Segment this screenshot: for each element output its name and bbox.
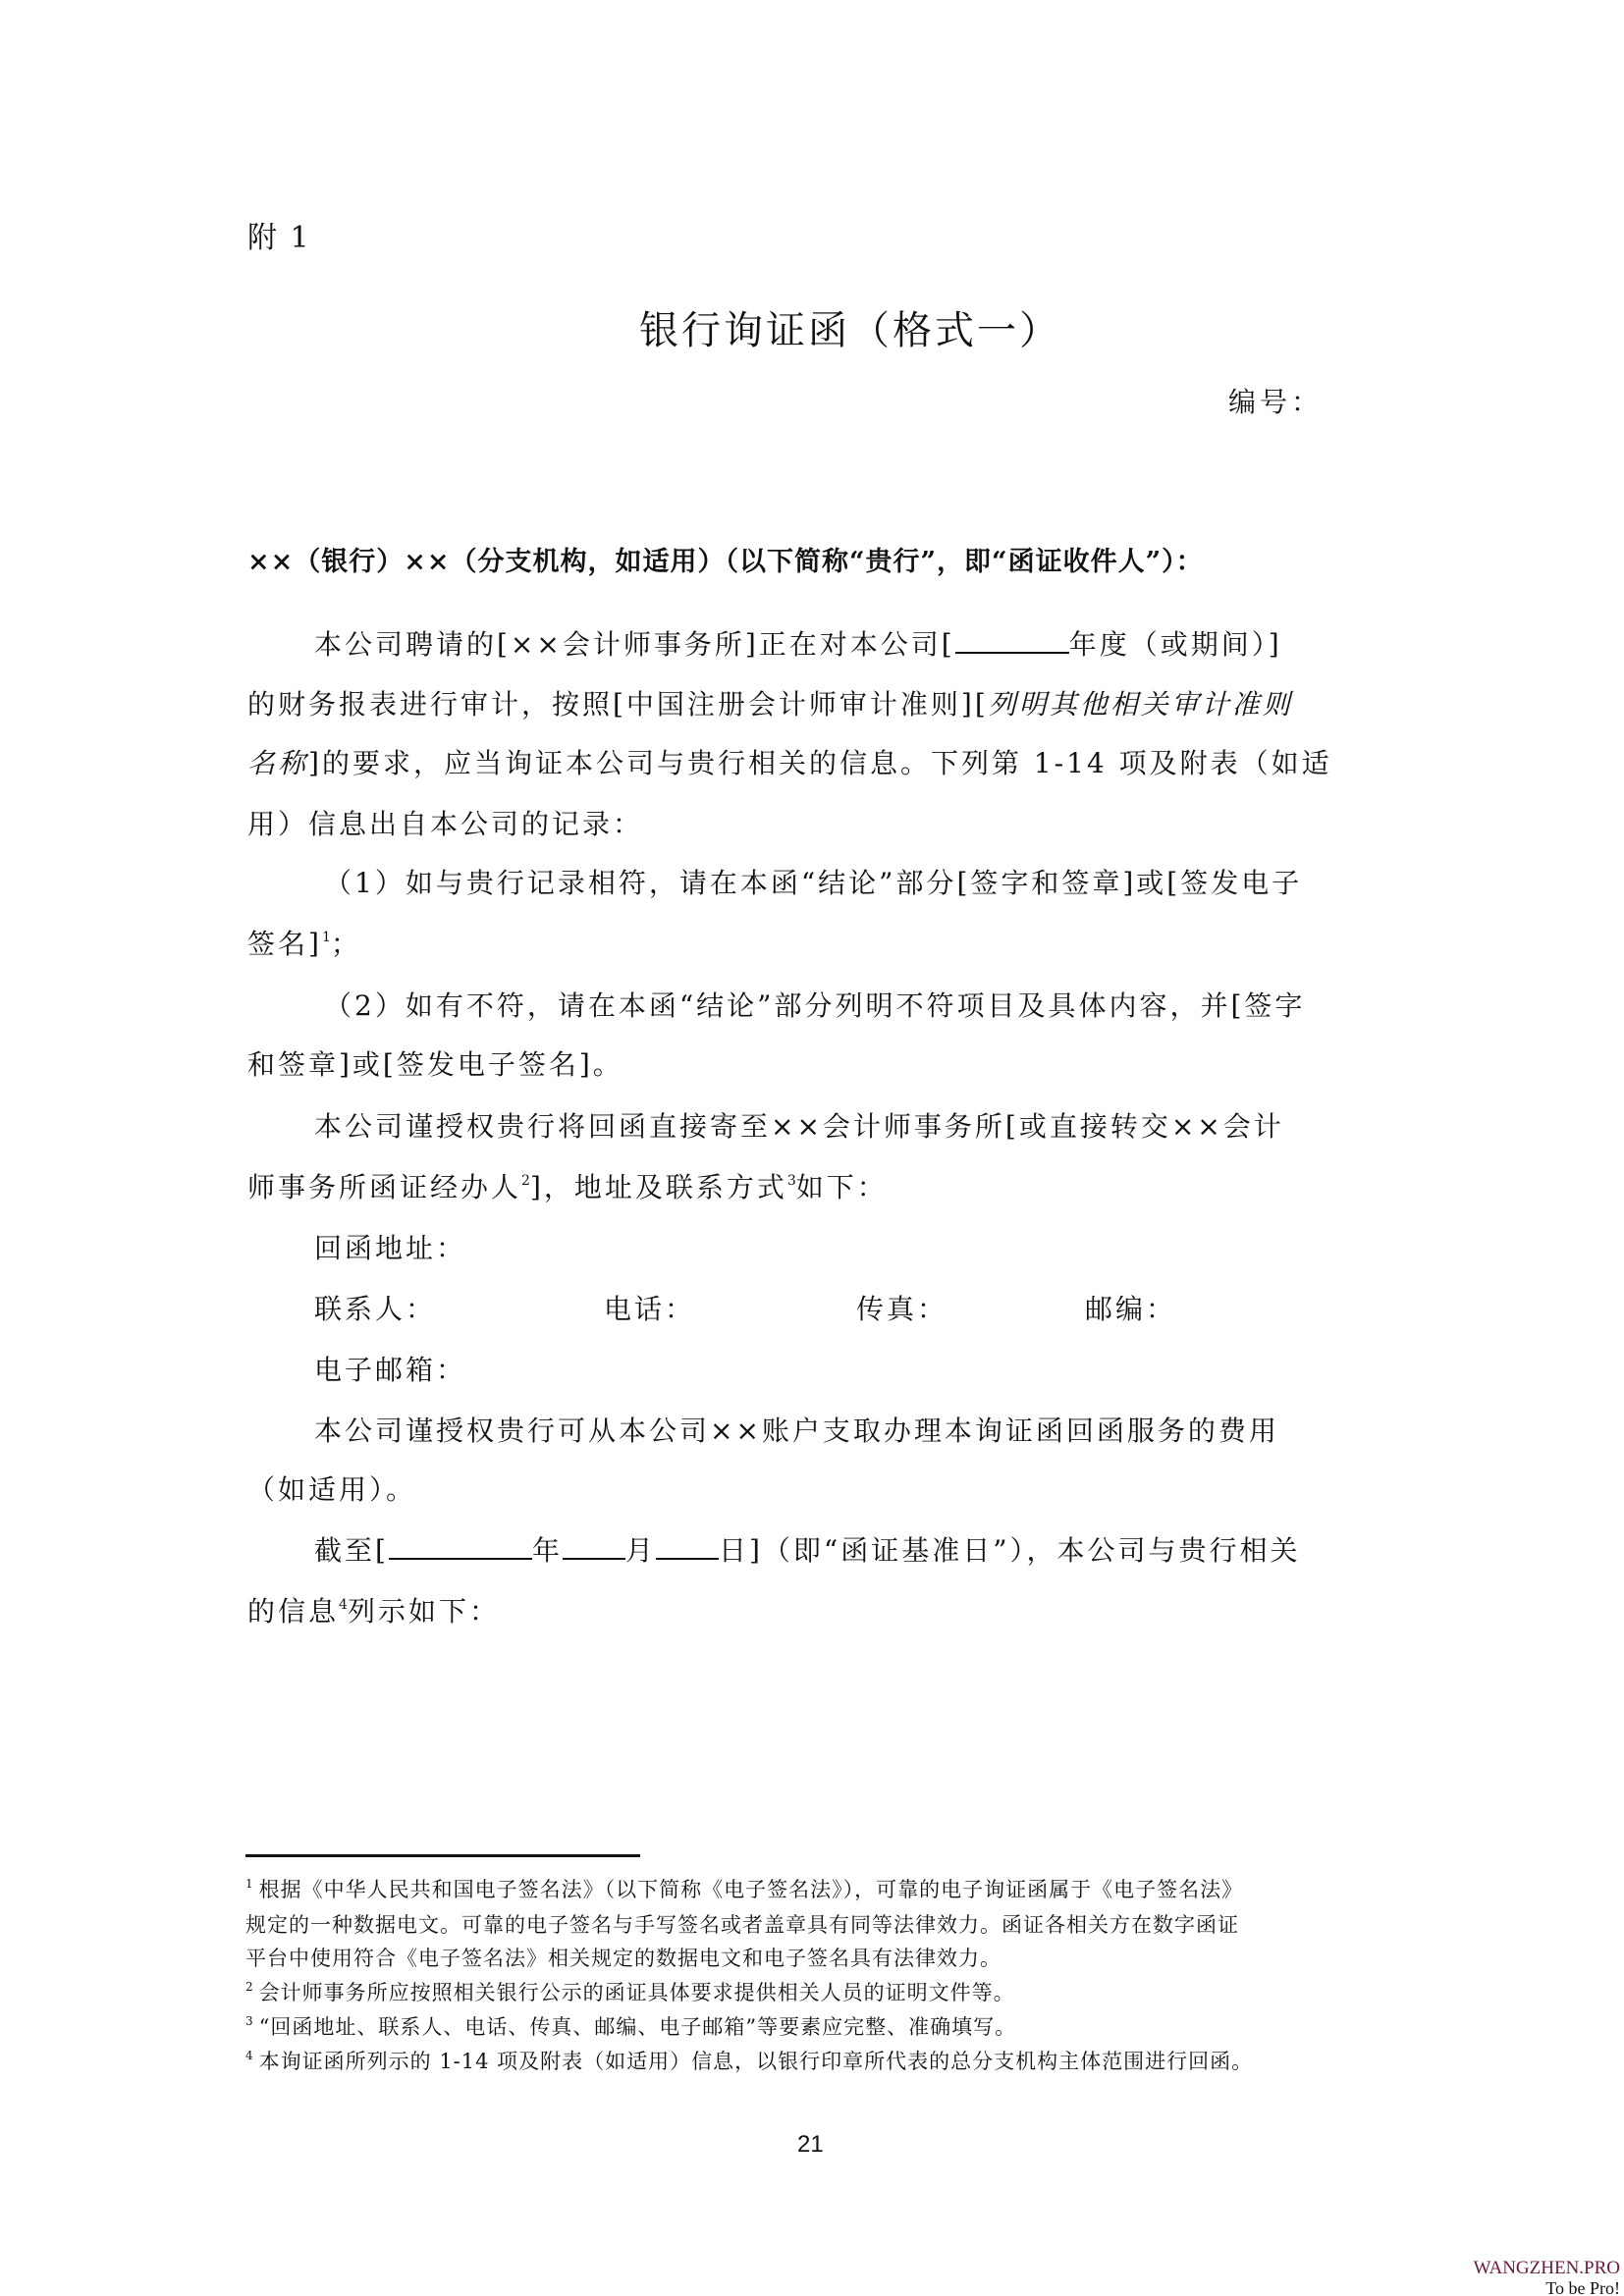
body-line: （如适用）。 [247, 1470, 416, 1510]
body-text: 如下： [796, 1171, 888, 1203]
body-line: 本公司聘请的[××会计师事务所]正在对本公司[年度（或期间）] [314, 625, 1282, 665]
document-number-label: 编号： [1228, 383, 1323, 422]
footnote-1-line-3: 平台中使用符合《电子签名法》相关规定的数据电文和电子签名具有法律效力。 [245, 1942, 1001, 1975]
footnote-2: 2会计师事务所应按照相关银行公示的函证具体要求提供相关人员的证明文件等。 [245, 1976, 1015, 2009]
body-text: 月 [625, 1534, 656, 1567]
body-text: ； [331, 928, 361, 960]
contact-person-field: 联系人： [314, 1290, 436, 1329]
body-line: 的信息4列示如下： [247, 1592, 500, 1631]
email-field: 电子邮箱： [314, 1351, 466, 1390]
body-line: 本公司谨授权贵行可从本公司××账户支取办理本询证函回函服务的费用 [314, 1412, 1279, 1451]
phone-field: 电话： [604, 1290, 695, 1329]
footnote-text: 会计师事务所应按照相关银行公示的函证具体要求提供相关人员的证明文件等。 [259, 1981, 1015, 2004]
body-text: ]，地址及联系方式 [530, 1171, 787, 1203]
footnote-separator [245, 1854, 640, 1857]
month-blank [563, 1532, 625, 1560]
body-text: 签名] [247, 928, 322, 960]
addressee-line: ××（银行）××（分支机构，如适用）（以下简称“贵行”，即“函证收件人”）： [247, 543, 1204, 582]
body-text-italic: 列明其他相关审计准则 [989, 688, 1293, 721]
page-number: 21 [797, 2125, 824, 2164]
body-text: 列示如下： [348, 1595, 500, 1628]
body-text-italic: 名称 [247, 747, 308, 779]
footnote-text: “回函地址、联系人、电话、传真、邮编、电子邮箱”等要素应完整、准确填写。 [259, 2015, 1016, 2039]
body-line: 用）信息出自本公司的记录： [247, 805, 643, 844]
body-text: 的信息 [247, 1595, 339, 1628]
footnote-4: 4本询证函所列示的 1-14 项及附表（如适用）信息，以银行印章所代表的总分支机… [245, 2045, 1253, 2078]
body-line: 的财务报表进行审计，按照[中国注册会计师审计准则][列明其他相关审计准则 [247, 685, 1293, 724]
page-title: 银行询证函（格式一） [639, 306, 1061, 355]
year-blank [389, 1532, 532, 1560]
footnote-ref[interactable]: 3 [787, 1173, 796, 1189]
body-line: 签名]1； [247, 925, 361, 964]
body-text: 日]（即“函证基准日”），本公司与贵行相关 [719, 1534, 1301, 1567]
watermark-brand: WANGZHEN.PRO [1474, 2258, 1620, 2279]
body-text: 师事务所函证经办人 [247, 1171, 521, 1203]
body-line: 和签章]或[签发电子签名]。 [247, 1045, 623, 1085]
attachment-label: 附 1 [247, 219, 311, 258]
footnote-number: 2 [245, 1980, 253, 1994]
footnote-text: 本询证函所列示的 1-14 项及附表（如适用）信息，以银行印章所代表的总分支机构… [259, 2050, 1254, 2073]
fax-field: 传真： [856, 1290, 947, 1329]
body-text: 截至[ [314, 1534, 389, 1567]
body-line: 师事务所函证经办人2]，地址及联系方式3如下： [247, 1168, 888, 1207]
footnote-3: 3“回函地址、联系人、电话、传真、邮编、电子邮箱”等要素应完整、准确填写。 [245, 2010, 1016, 2044]
return-address-field: 回函地址： [314, 1229, 466, 1268]
body-line: 本公司谨授权贵行将回函直接寄至××会计师事务所[或直接转交××会计 [314, 1107, 1284, 1147]
day-blank [656, 1532, 719, 1560]
postcode-field: 邮编： [1085, 1290, 1176, 1329]
body-line: （1）如与贵行记录相符，请在本函“结论”部分[签字和签章]或[签发电子 [324, 864, 1302, 903]
footnote-ref[interactable]: 1 [322, 930, 331, 945]
footnote-text: 根据《中华人民共和国电子签名法》（以下简称《电子签名法》），可靠的电子询证函属于… [259, 1878, 1244, 1901]
body-text: 本公司聘请的[××会计师事务所]正在对本公司[ [314, 628, 955, 661]
footnote-number: 3 [245, 2014, 253, 2028]
body-text: 年度（或期间）] [1069, 628, 1282, 661]
footnote-1-line-2: 规定的一种数据电文。可靠的电子签名与手写签名或者盖章具有同等法律效力。函证各相关… [245, 1908, 1239, 1942]
watermark-slogan: To be Pro! [1545, 2278, 1620, 2296]
body-line: 截至[年月日]（即“函证基准日”），本公司与贵行相关 [314, 1531, 1301, 1571]
footnote-1: 1根据《中华人民共和国电子签名法》（以下简称《电子签名法》），可靠的电子询证函属… [245, 1873, 1243, 1906]
body-text: 年 [532, 1534, 563, 1567]
footnote-number: 4 [245, 2049, 253, 2062]
body-text: ]的要求，应当询证本公司与贵行相关的信息。下列第 1-14 项及附表（如适 [308, 747, 1332, 779]
body-line: （2）如有不符，请在本函“结论”部分列明不符项目及具体内容，并[签字 [324, 987, 1305, 1026]
body-line: 名称]的要求，应当询证本公司与贵行相关的信息。下列第 1-14 项及附表（如适 [247, 744, 1332, 783]
body-text: 的财务报表进行审计，按照[中国注册会计师审计准则][ [247, 688, 989, 721]
footnote-ref[interactable]: 2 [521, 1173, 530, 1189]
fiscal-year-blank [955, 626, 1069, 654]
footnote-number: 1 [245, 1877, 253, 1891]
footnote-ref[interactable]: 4 [339, 1597, 348, 1613]
